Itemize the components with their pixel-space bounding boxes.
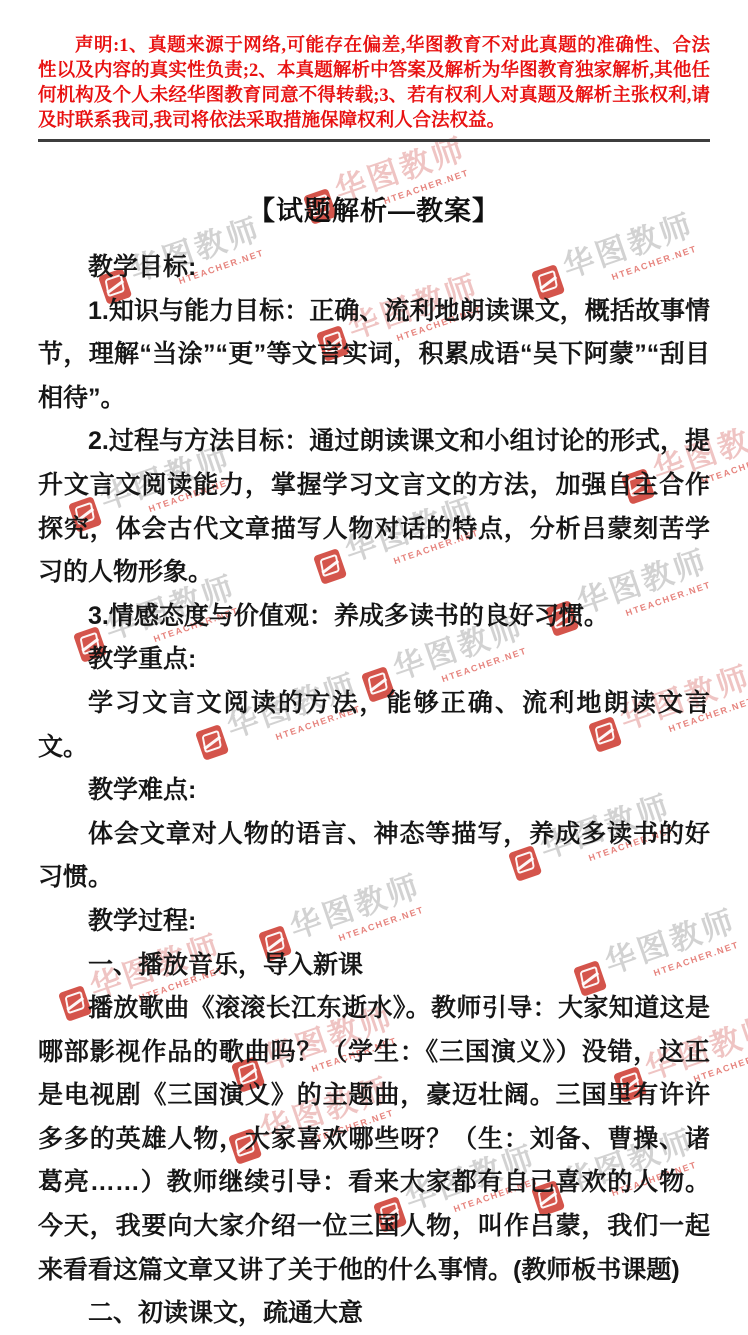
paragraph: 播放歌曲《滚滚长江东逝水》。教师引导：大家知道这是哪部影视作品的歌曲吗？（学生：… bbox=[38, 987, 710, 1292]
paragraph: 教学目标: bbox=[38, 246, 710, 290]
disclaimer-text: 声明:1、真题来源于网络,可能存在偏差,华图教育不对此真题的准确性、合法性以及内… bbox=[38, 34, 710, 142]
paragraph: 3.情感态度与价值观：养成多读书的良好习惯。 bbox=[38, 595, 710, 639]
paragraph: 2.过程与方法目标：通过朗读课文和小组讨论的形式，提升文言文阅读能力，掌握学习文… bbox=[38, 420, 710, 594]
document-content: 声明:1、真题来源于网络,可能存在偏差,华图教育不对此真题的准确性、合法性以及内… bbox=[0, 34, 748, 1335]
paragraph: 体会文章对人物的语言、神态等描写，养成多读书的好习惯。 bbox=[38, 813, 710, 900]
paragraph: 一、播放音乐，导入新课 bbox=[38, 944, 710, 988]
paragraph: 1.知识与能力目标：正确、流利地朗读课文，概括故事情节，理解“当涂”“更”等文言… bbox=[38, 290, 710, 421]
body-paragraphs: 教学目标:1.知识与能力目标：正确、流利地朗读课文，概括故事情节，理解“当涂”“… bbox=[38, 246, 710, 1335]
paragraph: 教学难点: bbox=[38, 769, 710, 813]
paragraph: 学习文言文阅读的方法，能够正确、流利地朗读文言文。 bbox=[38, 682, 710, 769]
document-page: 华图教师HTEACHER.NET华图教师HTEACHER.NET华图教师HTEA… bbox=[0, 0, 748, 1335]
disclaimer-body: 1、真题来源于网络,可能存在偏差,华图教育不对此真题的准确性、合法性以及内容的真… bbox=[38, 36, 710, 131]
paragraph: 教学过程: bbox=[38, 900, 710, 944]
paragraph: 二、初读课文，疏通大意 bbox=[38, 1292, 710, 1335]
paragraph: 教学重点: bbox=[38, 638, 710, 682]
disclaimer-label: 声明: bbox=[75, 36, 119, 56]
page-title: 【试题解析—教案】 bbox=[38, 192, 710, 230]
